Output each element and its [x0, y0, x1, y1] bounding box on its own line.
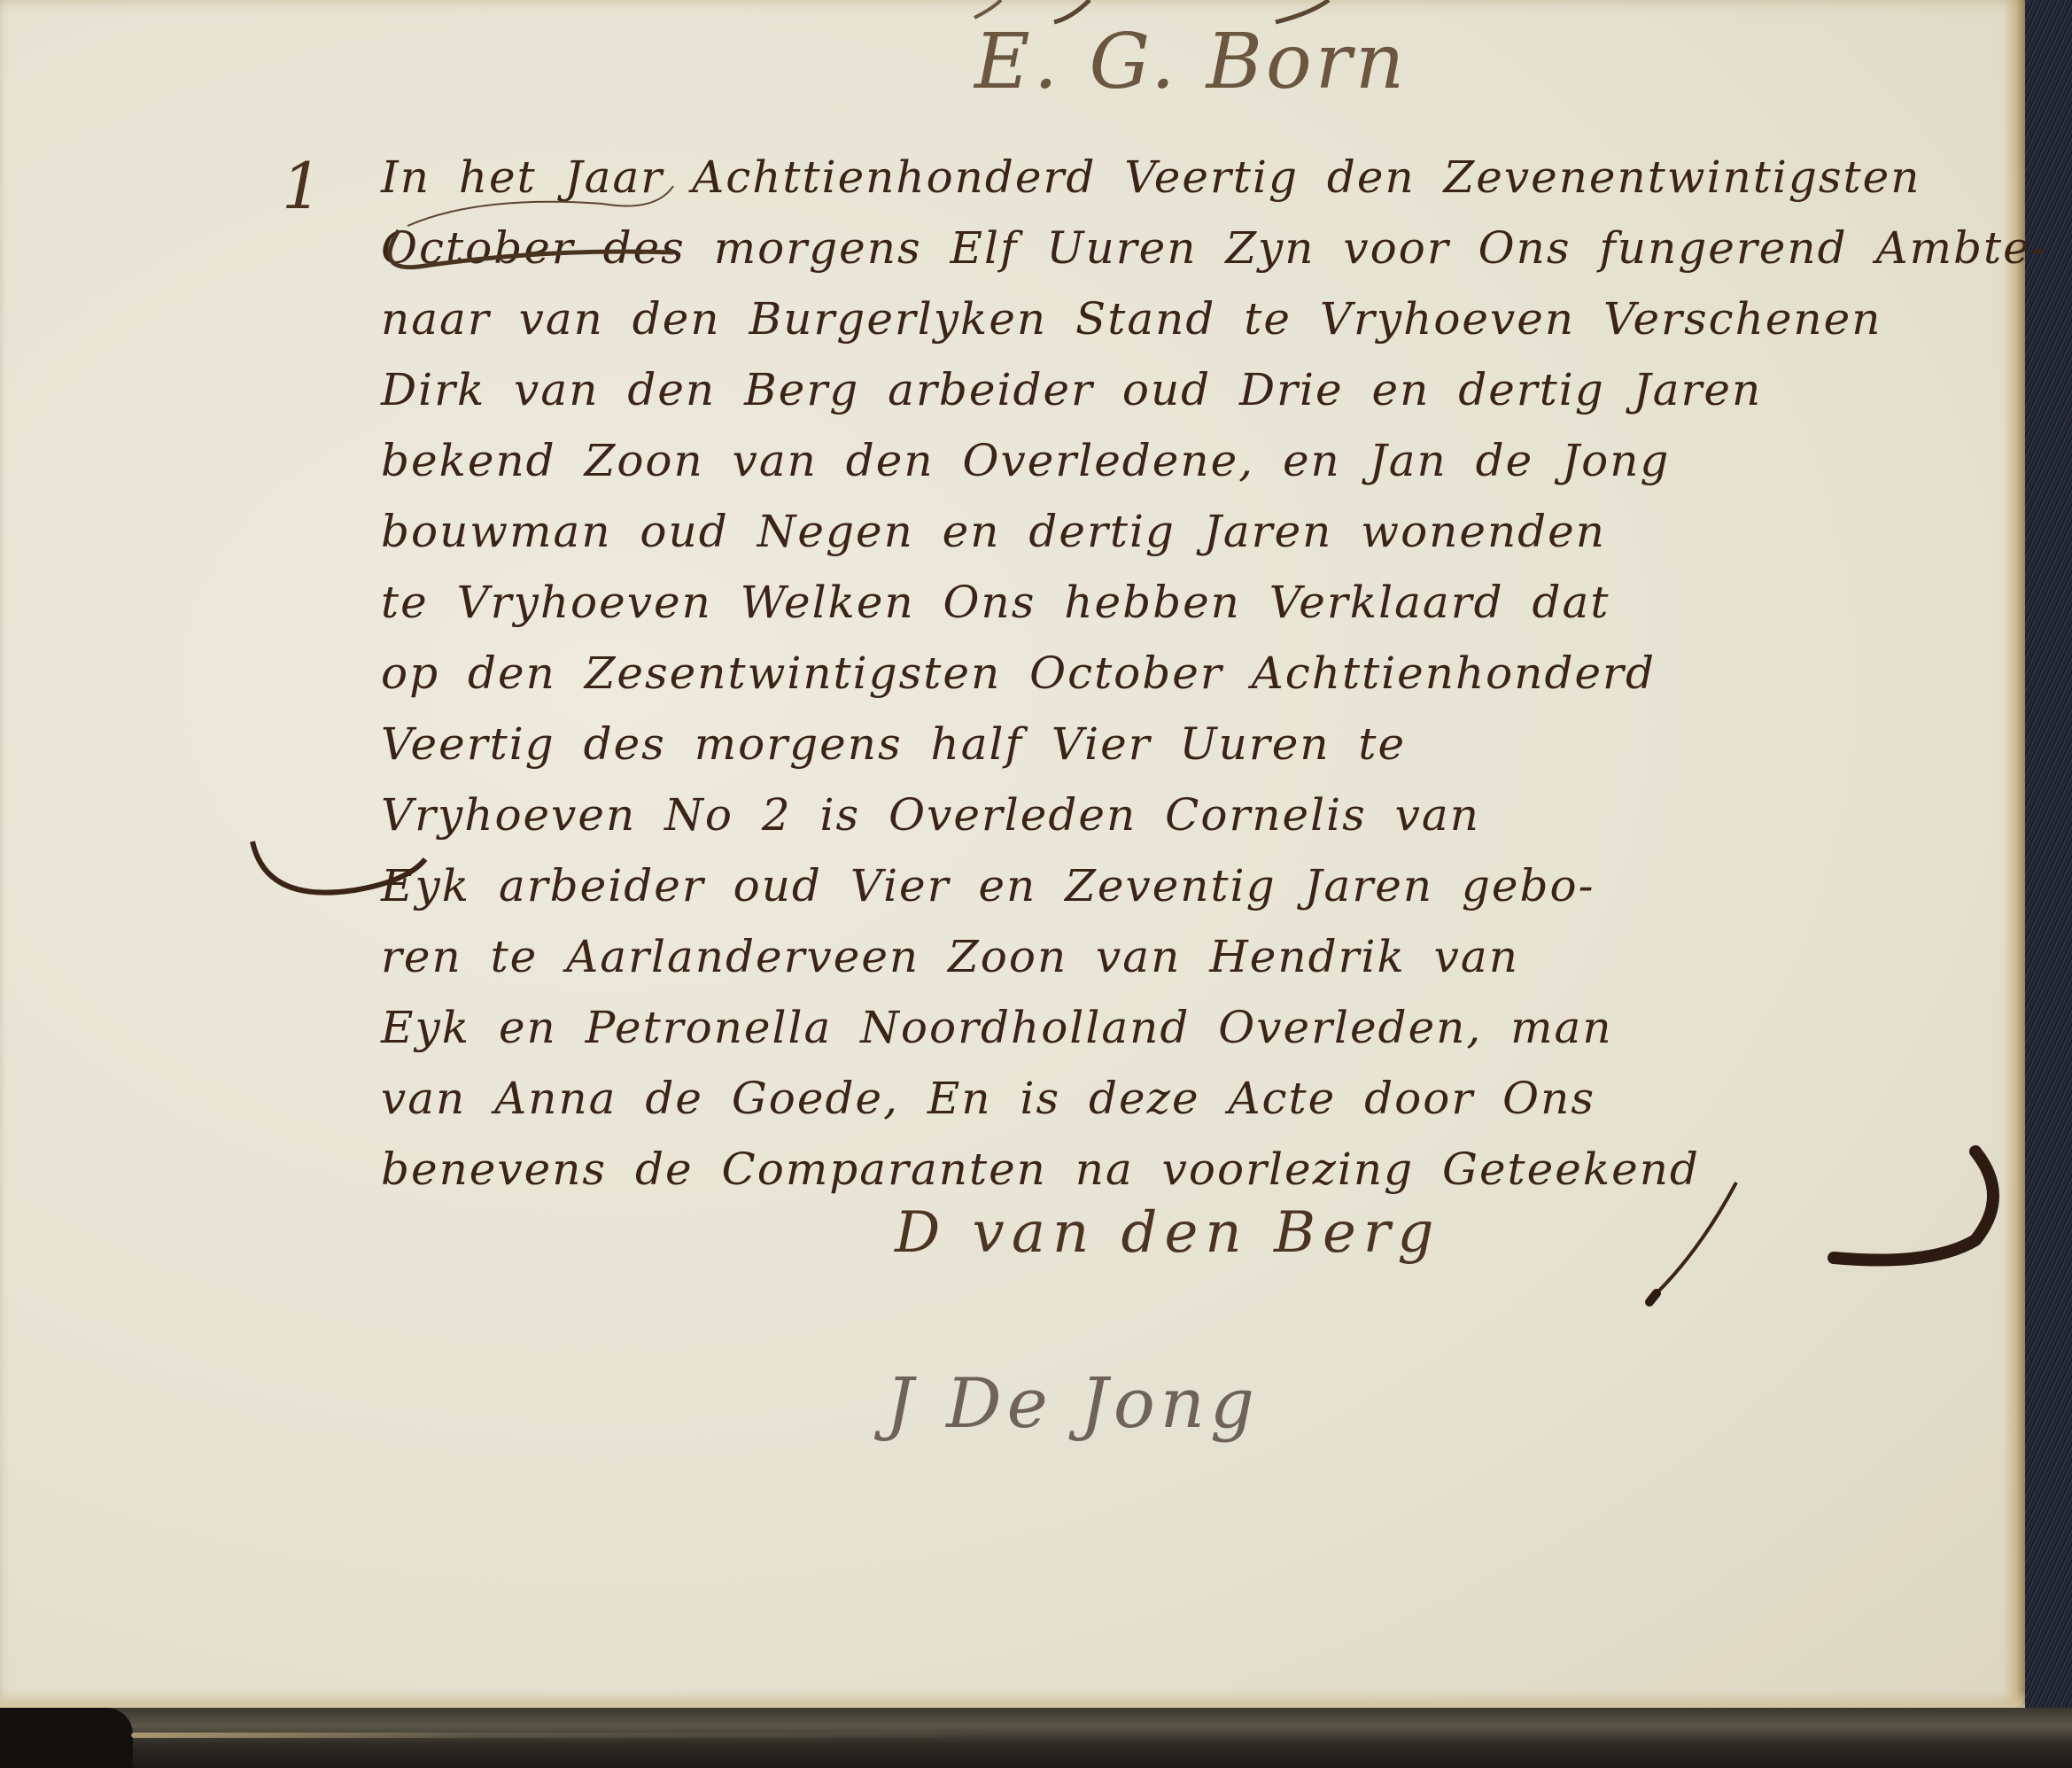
record-line: op den Zesentwintigsten October Achttien…	[381, 638, 2002, 709]
record-line: ren te Aarlanderveen Zoon van Hendrik va…	[381, 921, 2002, 992]
record-line: In het Jaar Achttienhonderd Veertig den …	[381, 142, 2002, 213]
record-line: van Anna de Goede, En is deze Acte door …	[381, 1063, 2002, 1134]
record-line: Veertig des morgens half Vier Uuren te	[381, 709, 2002, 779]
book-binding-bottom	[0, 1708, 2072, 1768]
record-line: Dirk van den Berg arbeider oud Drie en d…	[381, 354, 2002, 425]
record-line: Vryhoeven No 2 is Overleden Cornelis van	[381, 779, 2002, 850]
record-line: naar van den Burgerlyken Stand te Vryhoe…	[381, 283, 2002, 354]
record-line: Eyk arbeider oud Vier en Zeventig Jaren …	[381, 850, 2002, 921]
record-line: Eyk en Petronella Noordholland Overleden…	[381, 992, 2002, 1063]
page-bottom-edge	[0, 1690, 2025, 1708]
record-body: In het Jaar Achttienhonderd Veertig den …	[381, 142, 2002, 1205]
entry-number: 1	[282, 149, 323, 223]
binding-light-reflection	[131, 1733, 1017, 1738]
binding-corner	[0, 1708, 133, 1768]
record-line: bouwman oud Negen en dertig Jaren wonend…	[381, 496, 2002, 567]
record-line: bekend Zoon van den Overledene, en Jan d…	[381, 425, 2002, 496]
record-line: October des morgens Elf Uuren Zyn voor O…	[381, 213, 2002, 283]
record-line: benevens de Comparanten na voorlezing Ge…	[381, 1134, 2002, 1205]
scanned-register-scene: E. G. Born 1 In het Jaar Achttienhonderd…	[0, 0, 2072, 1768]
register-page: E. G. Born 1 In het Jaar Achttienhonderd…	[0, 0, 2025, 1708]
signature-van-den-berg: D van den Berg	[895, 1200, 1440, 1266]
record-line: te Vryhoeven Welken Ons hebben Verklaard…	[381, 567, 2002, 638]
header-signature: E. G. Born	[974, 18, 1408, 106]
signature-de-jong: J De Jong	[886, 1364, 1260, 1444]
